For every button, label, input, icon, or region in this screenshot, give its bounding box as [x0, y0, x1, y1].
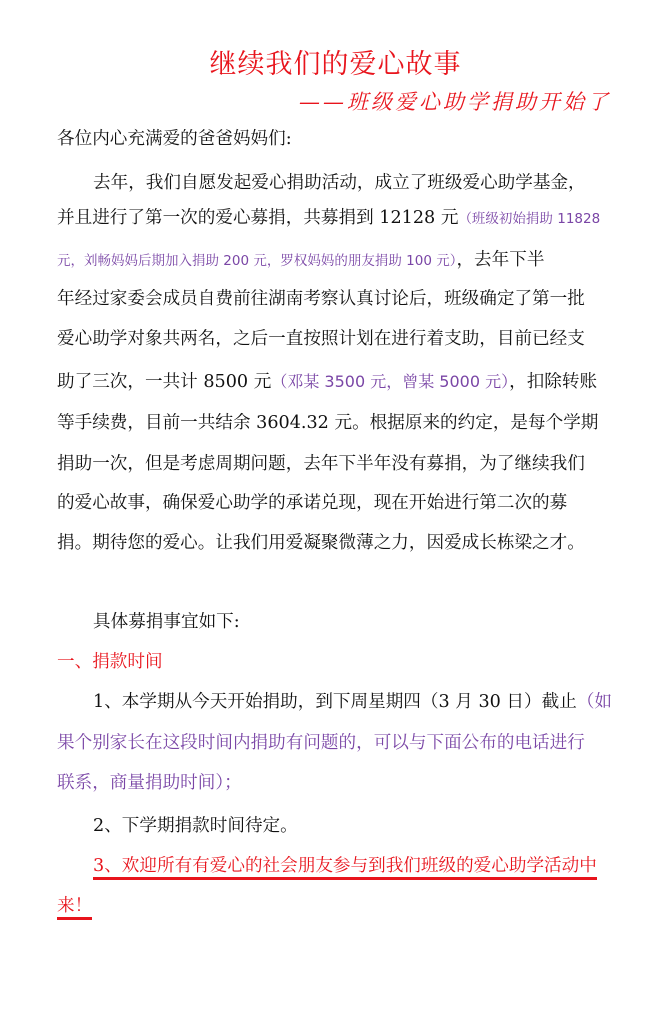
item3-text-line1: 3、欢迎所有有爱心的社会朋友参与到我们班级的爱心助学活动中 — [93, 856, 597, 880]
item1-line2: 果个别家长在这段时间内捐助有问题的，可以与下面公布的电话进行 — [57, 731, 585, 755]
item1-line3: 联系，商量捐助时间）； — [57, 771, 242, 795]
para1-line1: 去年，我们自愿发起爱心捐助活动，成立了班级爱心助学基金， — [93, 171, 586, 195]
para1-line7: 等手续费，目前一共结余 3604.32 元。根据原来的约定，是每个学期 — [57, 411, 598, 435]
para1-line10: 捐。期待您的爱心。让我们用爱凝聚微薄之力，因爱成长栋梁之才。 — [57, 531, 585, 555]
item1-line1: 1、本学期从今天开始捐助，到下周星期四（3 月 30 日）截止（如 — [93, 690, 612, 714]
donation-breakdown-start: （班级初始捐助 11828 — [458, 211, 600, 227]
para1-line6: 助了三次，一共计 8500 元（邓某 3500 元，曾某 5000 元），扣除转… — [57, 370, 597, 394]
para1-line8: 捐助一次，但是考虑周期问题，去年下半年没有募捐，为了继续我们 — [57, 452, 585, 476]
item3-line1: 3、欢迎所有有爱心的社会朋友参与到我们班级的爱心助学活动中 — [93, 854, 597, 878]
item3-line2: 来！ — [57, 894, 92, 918]
item2: 2、下学期捐款时间待定。 — [93, 814, 298, 838]
document-subtitle: ——班级爱心助学捐助开始了 — [299, 86, 611, 116]
para1-line9: 的爱心故事，确保爱心助学的承诺兑现，现在开始进行第二次的募 — [57, 491, 567, 515]
para1-line5: 爱心助学对象共两名，之后一直按照计划在进行着支助，目前已经支 — [57, 327, 585, 351]
para1-line4: 年经过家委会成员自费前往湖南考察认真讨论后，班级确定了第一批 — [57, 287, 585, 311]
greeting: 各位内心充满爱的爸爸妈妈们: — [57, 127, 292, 151]
para1-line2: 并且进行了第一次的爱心募捐，共募捐到 12128 元（班级初始捐助 11828 — [57, 206, 600, 231]
section1-heading: 一、捐款时间 — [57, 650, 163, 674]
item3-text-line2: 来！ — [57, 896, 92, 920]
donation-breakdown-end: 元，刘畅妈妈后期加入捐助 200 元，罗权妈妈的朋友捐助 100 元） — [57, 253, 456, 269]
para1-line3-text: ，去年下半 — [456, 250, 544, 270]
para1-line6-text: 助了三次，一共计 8500 元 — [57, 372, 271, 392]
details-intro: 具体募捐事宜如下: — [93, 610, 240, 634]
item1-line1-text: 1、本学期从今天开始捐助，到下周星期四（3 月 30 日）截止 — [93, 692, 577, 712]
item1-note-start: （如 — [577, 692, 612, 712]
aid-breakdown: （邓某 3500 元，曾某 5000 元） — [271, 372, 509, 391]
document-title: 继续我们的爱心故事 — [0, 42, 671, 81]
para1-line6-end: ，扣除转账 — [509, 372, 597, 392]
para1-line3: 元，刘畅妈妈后期加入捐助 200 元，罗权妈妈的朋友捐助 100 元），去年下半 — [57, 248, 544, 273]
para1-line2-text: 并且进行了第一次的爱心募捐，共募捐到 12128 元 — [57, 208, 458, 228]
